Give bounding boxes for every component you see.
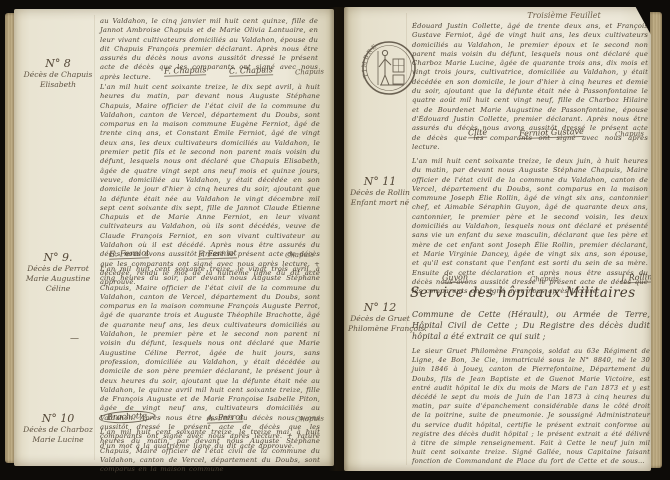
signature-row: E. Ferniot F. Ferniot Chapuis [109,249,314,259]
book-page-edges-right [650,12,662,468]
act-margin-block: N° 12 Décès de Gruet Philomène François. [348,301,412,334]
act-margin-block: N° 11 Décès de Rollin Enfant mort né [350,175,410,208]
act-margin-title: Décès de Perrot [22,264,94,274]
signature: Brachotte [99,410,156,425]
margin-tick: — [70,334,79,344]
act-margin-title: Marie Lucine [22,435,94,445]
signature: C. Chapuis [229,65,273,77]
folio-header: Troisième Feuillet [474,11,654,20]
left-page: au Valdahon, le cinq janvier mil huit ce… [14,9,334,466]
signature: A. Perrot [207,412,244,423]
act-margin-title: Philomène François. [348,324,412,334]
revenue-stamp-icon: TIMBRE [358,37,420,99]
act-body-text: Le sieur Gruet Philomène François, solda… [412,347,650,467]
act-body-text: Commune de Cette (Hérault), ou Armée de … [412,309,650,342]
signature: Chapuis [285,250,314,259]
act-margin-title: Céline [22,284,94,294]
stamp-label: TIMBRE [361,42,379,78]
signature: J. Rollin [620,272,652,283]
section-heading: Service des hôpitaux Militaires [410,285,636,301]
act-margin-title: Décès de Chapuis [22,70,94,80]
signature-row: Guyon Chapuis J. Rollin [442,273,652,283]
signature: F. Ferniot [198,248,237,259]
act-number: N° 10 [22,412,94,425]
act-number: N° 9. [22,251,94,264]
margin-rule [94,15,95,460]
act-margin-title: Marie Augustine [22,274,94,284]
svg-text:TIMBRE: TIMBRE [361,42,379,78]
act-margin-block: N° 10 Décès de Charboz Marie Lucine [22,412,94,445]
signature-row: Brachotte A. Perrot Chapuis [99,411,324,423]
act-margin-title: Enfant mort né [350,198,410,208]
register-scan: au Valdahon, le cinq janvier mil huit ce… [0,0,670,480]
act-number: N° 11 [350,175,410,188]
act-margin-block: N° 8 Décès de Chapuis Elisabeth [22,57,94,90]
act-number: N° 8 [22,57,94,70]
signature: Chapuis [295,414,324,423]
signature: Cllte [468,128,488,139]
signature: E. Ferniot [109,248,150,259]
act-margin-block: N° 9. Décès de Perrot Marie Augustine Cé… [22,251,94,294]
right-page: Troisième Feuillet TIMBRE Édoua [344,7,651,471]
signature: Chapuis [295,67,324,76]
act-margin-title: Décès de Rollin [350,188,410,198]
act-margin-title: Décès de Charboz [22,425,94,435]
signature: Chapuis [530,274,559,283]
signature: Ferniot Gustave [519,127,584,139]
signature: Chapuis [615,129,644,138]
signature-row: F. Chapuis C. Chapuis Chapuis [164,66,324,76]
act-margin-title: Décès de Gruet [348,314,412,324]
signature: Guyon [442,273,468,284]
signature-row: Cllte Ferniot Gustave Chapuis [468,128,644,138]
act-number: N° 12 [348,301,412,314]
act-margin-title: Elisabeth [22,80,94,90]
signature: F. Chapuis [164,65,207,76]
act-body-text: L'an mil huit cent soixante treize, le t… [100,428,320,474]
